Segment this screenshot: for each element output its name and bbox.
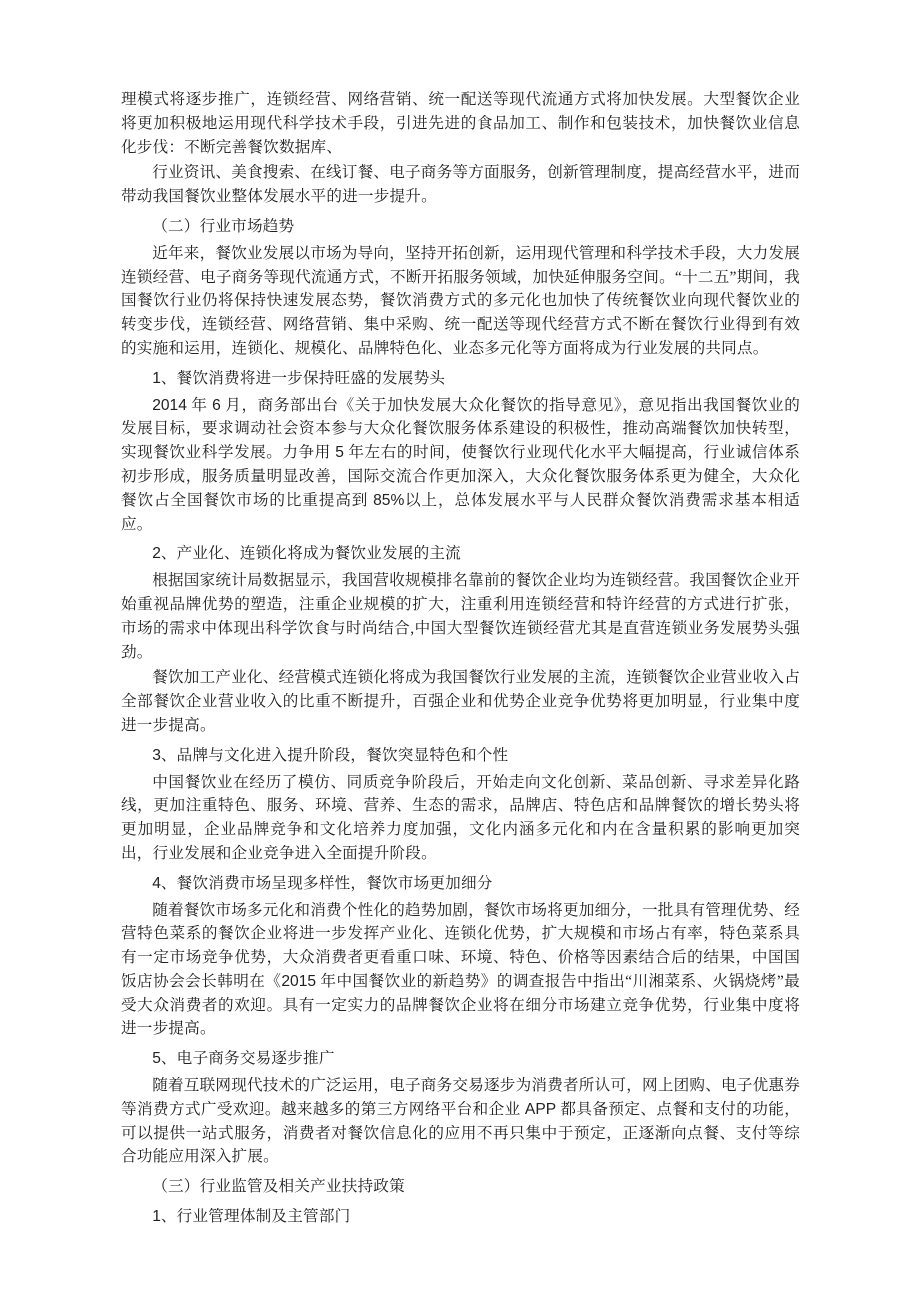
- latin-text-run: 2014: [152, 397, 187, 414]
- section-heading: （三）行业监管及相关产业扶持政策: [121, 1175, 800, 1199]
- paragraph: 近年来，餐饮业发展以市场为导向，坚持开拓创新，运用现代管理和科学技术手段，大力发…: [121, 242, 800, 361]
- latin-text-run: 1: [152, 1208, 161, 1225]
- section-heading: 1、行业管理体制及主管部门: [121, 1205, 800, 1229]
- latin-text-run: 3: [152, 747, 161, 764]
- paragraph: 随着互联网现代技术的广泛运用，电子商务交易逐步为消费者所认可，网上团购、电子优惠…: [121, 1074, 800, 1169]
- document-page: 理模式将逐步推广，连锁经营、网络营销、统一配送等现代流通方式将加快发展。大型餐饮…: [0, 0, 920, 1301]
- paragraph: 2014 年 6 月，商务部出台《关于加快发展大众化餐饮的指导意见》，意见指出我…: [121, 394, 800, 537]
- paragraph: 理模式将逐步推广，连锁经营、网络营销、统一配送等现代流通方式将加快发展。大型餐饮…: [121, 88, 800, 159]
- section-heading: 5、电子商务交易逐步推广: [121, 1047, 800, 1071]
- latin-text-run: APP: [525, 1101, 556, 1118]
- latin-text-run: 2: [152, 545, 161, 562]
- paragraph: 餐饮加工产业化、经营模式连锁化将成为我国餐饮行业发展的主流，连锁餐饮企业营业收入…: [121, 666, 800, 737]
- section-heading: 3、品牌与文化进入提升阶段，餐饮突显特色和个性: [121, 744, 800, 768]
- latin-text-run: 1: [152, 370, 161, 387]
- latin-text-run: 85%: [373, 492, 404, 509]
- document-body: 理模式将逐步推广，连锁经营、网络营销、统一配送等现代流通方式将加快发展。大型餐饮…: [121, 88, 800, 1229]
- latin-text-run: 5: [152, 1050, 161, 1067]
- section-heading: （二）行业市场趋势: [121, 215, 800, 239]
- latin-text-run: 2015: [281, 973, 316, 990]
- latin-text-run: 6: [212, 397, 221, 414]
- latin-text-run: 5: [335, 444, 344, 461]
- paragraph: 随着餐饮市场多元化和消费个性化的趋势加剧，餐饮市场将更加细分，一批具有管理优势、…: [121, 899, 800, 1042]
- paragraph: 行业资讯、美食搜索、在线订餐、电子商务等方面服务，创新管理制度，提高经营水平，进…: [121, 161, 800, 209]
- section-heading: 1、餐饮消费将进一步保持旺盛的发展势头: [121, 367, 800, 391]
- section-heading: 4、餐饮消费市场呈现多样性，餐饮市场更加细分: [121, 872, 800, 896]
- paragraph: 中国餐饮业在经历了模仿、同质竞争阶段后，开始走向文化创新、菜品创新、寻求差异化路…: [121, 771, 800, 866]
- latin-text-run: 4: [152, 875, 161, 892]
- section-heading: 2、产业化、连锁化将成为餐饮业发展的主流: [121, 542, 800, 566]
- paragraph: 根据国家统计局数据显示，我国营收规模排名靠前的餐饮企业均为连锁经营。我国餐饮企业…: [121, 569, 800, 664]
